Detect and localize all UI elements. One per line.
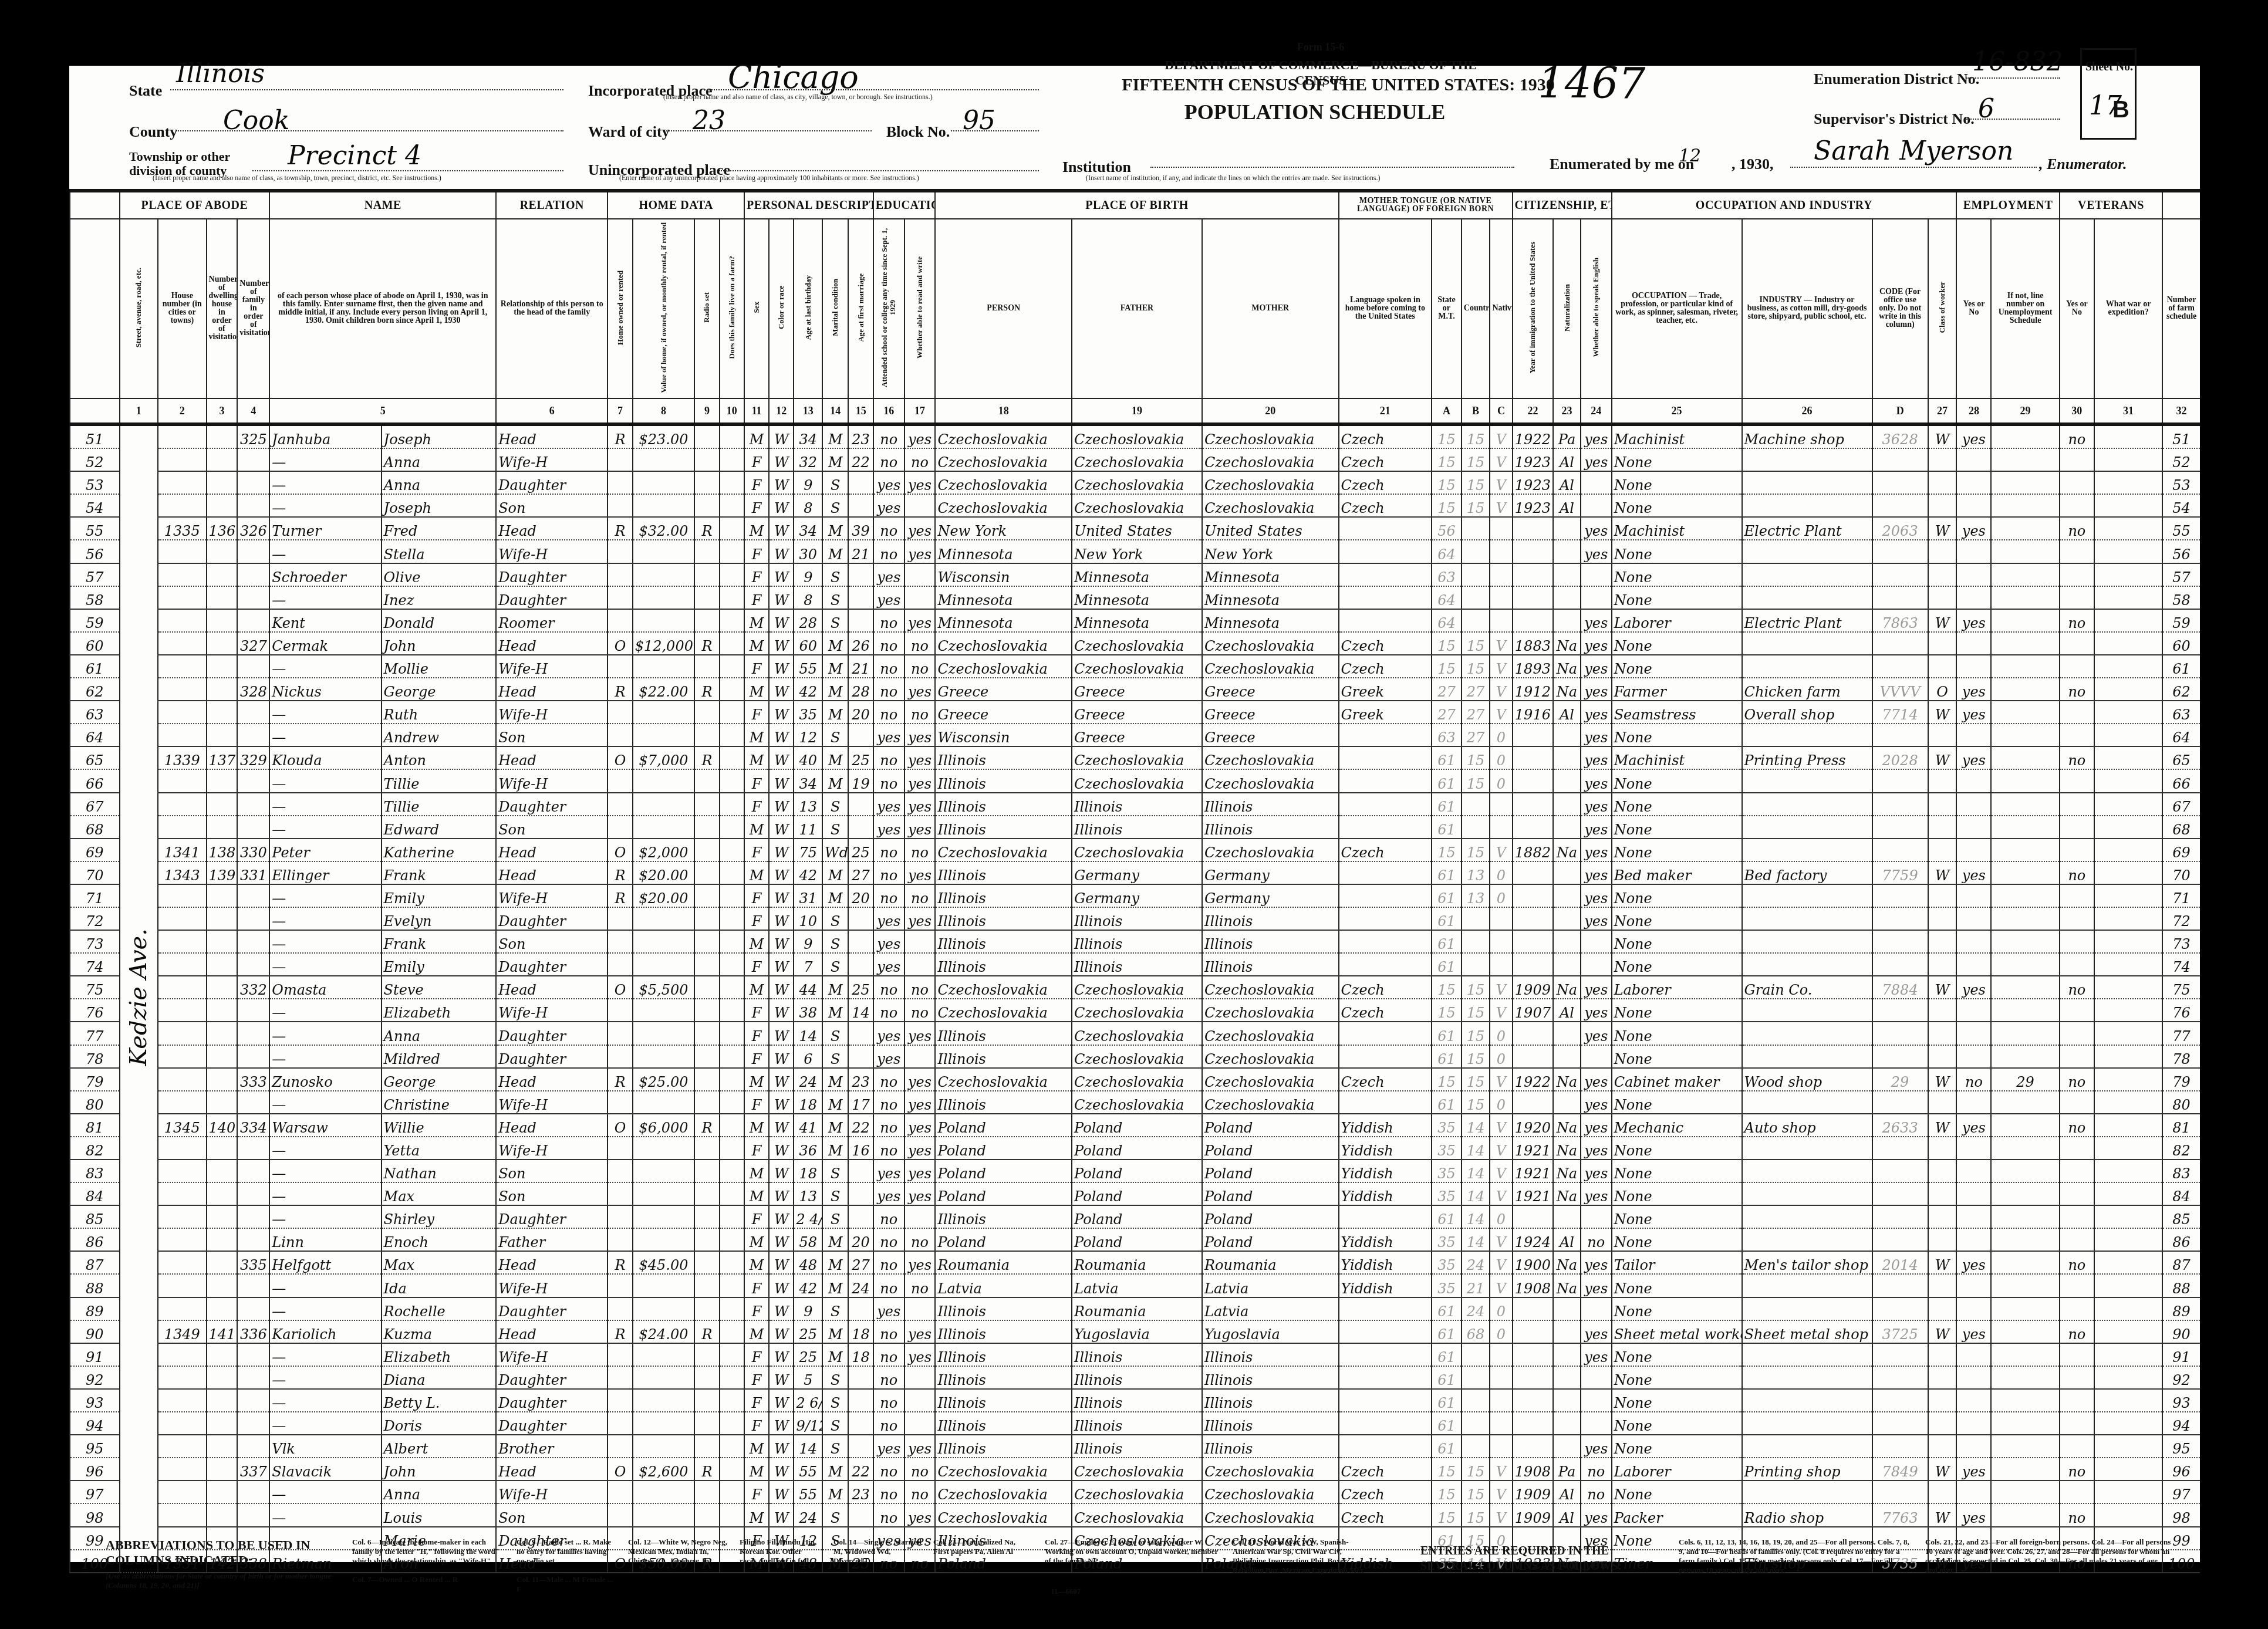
veteran-cell bbox=[2060, 1366, 2094, 1389]
veteran-cell: no bbox=[2060, 678, 2094, 701]
unemployment-line-cell bbox=[1991, 1251, 2059, 1274]
immigration-year-cell bbox=[1513, 1022, 1554, 1045]
unemployment-line-cell bbox=[1991, 1160, 2059, 1182]
birthplace-person-cell: Latvia bbox=[935, 1274, 1072, 1297]
industry-cell bbox=[1742, 1137, 1872, 1160]
school-cell: no bbox=[873, 701, 905, 724]
race-cell: W bbox=[769, 655, 794, 678]
class-worker-cell bbox=[1928, 540, 1957, 563]
age-marriage-cell bbox=[848, 1022, 873, 1045]
family-number-cell bbox=[237, 1412, 269, 1435]
war-cell bbox=[2094, 563, 2162, 586]
read-write-cell: yes bbox=[905, 861, 936, 884]
given-name-cell: George bbox=[382, 678, 497, 701]
family-number-cell: 326 bbox=[237, 517, 269, 540]
code-c-cell bbox=[1490, 1343, 1512, 1366]
code-a-cell: 61 bbox=[1432, 861, 1462, 884]
census-row: 98—LouisSonMW24SnoyesCzechoslovakiaCzech… bbox=[70, 1503, 2200, 1526]
age-marriage-cell: 26 bbox=[848, 632, 873, 655]
code-c-cell: V bbox=[1490, 1114, 1512, 1137]
immigration-year-cell bbox=[1513, 953, 1554, 976]
at-work-cell bbox=[1956, 839, 1991, 861]
birthplace-father-cell: Illinois bbox=[1072, 1366, 1202, 1389]
mother-tongue-cell bbox=[1339, 540, 1432, 563]
code-a-cell: 61 bbox=[1432, 1389, 1462, 1412]
home-value-cell: $6,000 bbox=[633, 1114, 695, 1137]
code-d-cell: 2633 bbox=[1872, 1114, 1928, 1137]
speaks-english-cell: yes bbox=[1581, 1343, 1612, 1366]
unemployment-line-cell bbox=[1991, 839, 2059, 861]
code-a-cell: 35 bbox=[1432, 1182, 1462, 1205]
birthplace-mother-cell: Czechoslovakia bbox=[1202, 471, 1339, 494]
industry-cell bbox=[1742, 769, 1872, 792]
war-cell bbox=[2094, 1297, 2162, 1320]
code-b-cell: 24 bbox=[1462, 1251, 1490, 1274]
sex-cell: M bbox=[744, 1228, 769, 1251]
farm-cell bbox=[720, 1205, 744, 1228]
speaks-english-cell: yes bbox=[1581, 907, 1612, 930]
naturalization-cell bbox=[1553, 1091, 1581, 1114]
sex-cell: M bbox=[744, 1251, 769, 1274]
immigration-year-cell: 1909 bbox=[1513, 976, 1554, 999]
township-value: Precinct 4 bbox=[288, 141, 421, 171]
radio-cell bbox=[694, 793, 719, 816]
relation-cell: Head bbox=[496, 839, 607, 861]
line-number: 64 bbox=[70, 724, 120, 746]
war-cell bbox=[2094, 839, 2162, 861]
marital-cell: M bbox=[822, 746, 848, 769]
surname-cell: — bbox=[269, 471, 381, 494]
home-value-cell bbox=[633, 1205, 695, 1228]
birthplace-mother-cell: Poland bbox=[1202, 1228, 1339, 1251]
at-work-cell: yes bbox=[1956, 1114, 1991, 1137]
code-c-cell: V bbox=[1490, 701, 1512, 724]
census-row: 53—AnnaDaughterFW9SyesyesCzechoslovakiaC… bbox=[70, 471, 2200, 494]
farm-cell bbox=[720, 471, 744, 494]
birthplace-father-cell: Czechoslovakia bbox=[1072, 1068, 1202, 1091]
ed-line bbox=[1966, 77, 2060, 79]
house-number-cell: 1335 bbox=[158, 517, 206, 540]
immigration-year-cell bbox=[1513, 517, 1554, 540]
mother-tongue-cell bbox=[1339, 1412, 1432, 1435]
census-row: 91—ElizabethWife-HFW25M18noyesIllinoisIl… bbox=[70, 1343, 2200, 1366]
war-cell bbox=[2094, 1320, 2162, 1343]
sheet-side: B bbox=[2112, 97, 2129, 123]
occupation-cell: None bbox=[1612, 839, 1742, 861]
race-cell: W bbox=[769, 540, 794, 563]
code-d-cell: VVVV bbox=[1872, 678, 1928, 701]
read-write-cell bbox=[905, 953, 936, 976]
speaks-english-cell: yes bbox=[1581, 839, 1612, 861]
birthplace-person-cell: Illinois bbox=[935, 1022, 1072, 1045]
line-number: 79 bbox=[70, 1068, 120, 1091]
school-cell: yes bbox=[873, 1297, 905, 1320]
header-veteran: Yes or No bbox=[2060, 219, 2094, 398]
radio-cell bbox=[694, 976, 719, 999]
industry-cell: Radio shop bbox=[1742, 1503, 1872, 1526]
age-cell: 13 bbox=[794, 1182, 822, 1205]
relation-cell: Head bbox=[496, 746, 607, 769]
age-marriage-cell bbox=[848, 586, 873, 609]
naturalization-cell: Na bbox=[1553, 1251, 1581, 1274]
mother-tongue-cell bbox=[1339, 724, 1432, 746]
class-worker-cell bbox=[1928, 471, 1957, 494]
unemployment-line-cell bbox=[1991, 746, 2059, 769]
industry-cell bbox=[1742, 724, 1872, 746]
occupation-cell: Farmer bbox=[1612, 678, 1742, 701]
code-a-cell: 64 bbox=[1432, 609, 1462, 632]
relation-cell: Brother bbox=[496, 1435, 607, 1458]
naturalization-cell bbox=[1553, 861, 1581, 884]
code-a-cell: 63 bbox=[1432, 563, 1462, 586]
veteran-cell bbox=[2060, 1022, 2094, 1045]
owned-rented-cell: R bbox=[607, 1251, 632, 1274]
surname-cell: Schroeder bbox=[269, 563, 381, 586]
home-value-cell bbox=[633, 1503, 695, 1526]
sex-cell: M bbox=[744, 1435, 769, 1458]
naturalization-cell bbox=[1553, 1412, 1581, 1435]
population-schedule-table: PLACE OF ABODE NAME RELATION HOME DATA P… bbox=[69, 189, 2200, 1573]
line-number: 88 bbox=[70, 1274, 120, 1297]
birthplace-person-cell: Illinois bbox=[935, 1343, 1072, 1366]
farm-schedule-cell: 92 bbox=[2162, 1366, 2200, 1389]
birthplace-person-cell: Illinois bbox=[935, 1320, 1072, 1343]
home-value-cell: $25.00 bbox=[633, 1068, 695, 1091]
owned-rented-cell: R bbox=[607, 1320, 632, 1343]
house-number-cell bbox=[158, 1068, 206, 1091]
line-number: 56 bbox=[70, 540, 120, 563]
code-b-cell bbox=[1462, 1435, 1490, 1458]
sex-cell: F bbox=[744, 793, 769, 816]
radio-cell bbox=[694, 655, 719, 678]
header-street: Street, avenue, road, etc. bbox=[120, 219, 158, 398]
birthplace-father-cell: Latvia bbox=[1072, 1274, 1202, 1297]
birthplace-mother-cell: Czechoslovakia bbox=[1202, 655, 1339, 678]
age-cell: 75 bbox=[794, 839, 822, 861]
veteran-cell bbox=[2060, 632, 2094, 655]
code-b-cell: 14 bbox=[1462, 1160, 1490, 1182]
relation-cell: Daughter bbox=[496, 1366, 607, 1389]
group-name: NAME bbox=[269, 192, 496, 219]
farm-schedule-cell: 54 bbox=[2162, 494, 2200, 517]
relation-cell: Head bbox=[496, 632, 607, 655]
speaks-english-cell: no bbox=[1581, 1228, 1612, 1251]
birthplace-mother-cell: Poland bbox=[1202, 1182, 1339, 1205]
column-number: 8 bbox=[633, 398, 695, 424]
family-number-cell bbox=[237, 769, 269, 792]
farm-cell bbox=[720, 907, 744, 930]
occupation-cell: None bbox=[1612, 471, 1742, 494]
code-d-cell: 7763 bbox=[1872, 1503, 1928, 1526]
school-cell: no bbox=[873, 540, 905, 563]
farm-cell bbox=[720, 632, 744, 655]
owned-rented-cell bbox=[607, 930, 632, 953]
family-number-cell: 335 bbox=[237, 1251, 269, 1274]
school-cell: yes bbox=[873, 586, 905, 609]
war-cell bbox=[2094, 1343, 2162, 1366]
immigration-year-cell bbox=[1513, 861, 1554, 884]
code-d-cell bbox=[1872, 1205, 1928, 1228]
speaks-english-cell: yes bbox=[1581, 884, 1612, 907]
mother-tongue-cell bbox=[1339, 1366, 1432, 1389]
owned-rented-cell: O bbox=[607, 976, 632, 999]
house-number-cell bbox=[158, 494, 206, 517]
relation-cell: Head bbox=[496, 1114, 607, 1137]
marital-cell: M bbox=[822, 1251, 848, 1274]
naturalization-cell bbox=[1553, 1297, 1581, 1320]
dwelling-number-cell bbox=[207, 816, 238, 839]
school-cell: no bbox=[873, 1228, 905, 1251]
relation-cell: Daughter bbox=[496, 1022, 607, 1045]
age-marriage-cell: 16 bbox=[848, 1137, 873, 1160]
farm-cell bbox=[720, 1182, 744, 1205]
line-number: 76 bbox=[70, 999, 120, 1022]
farm-cell bbox=[720, 1458, 744, 1481]
radio-cell: R bbox=[694, 517, 719, 540]
school-cell: yes bbox=[873, 953, 905, 976]
at-work-cell bbox=[1956, 655, 1991, 678]
family-number-cell bbox=[237, 701, 269, 724]
street-cell: Kedzie Ave. bbox=[120, 424, 158, 1573]
speaks-english-cell: yes bbox=[1581, 1022, 1612, 1045]
immigration-year-cell bbox=[1513, 563, 1554, 586]
unemployment-line-cell bbox=[1991, 471, 2059, 494]
birthplace-mother-cell: Czechoslovakia bbox=[1202, 448, 1339, 471]
farm-cell bbox=[720, 1251, 744, 1274]
marital-cell: S bbox=[822, 1160, 848, 1182]
at-work-cell: yes bbox=[1956, 976, 1991, 999]
veteran-cell bbox=[2060, 907, 2094, 930]
birthplace-mother-cell: Poland bbox=[1202, 1160, 1339, 1182]
code-b-cell: 15 bbox=[1462, 1481, 1490, 1503]
marital-cell: S bbox=[822, 471, 848, 494]
race-cell: W bbox=[769, 471, 794, 494]
house-number-cell bbox=[158, 1205, 206, 1228]
owned-rented-cell bbox=[607, 1137, 632, 1160]
code-c-cell: V bbox=[1490, 1274, 1512, 1297]
birthplace-father-cell: Illinois bbox=[1072, 1343, 1202, 1366]
race-cell: W bbox=[769, 1160, 794, 1182]
birthplace-person-cell: Wisconsin bbox=[935, 724, 1072, 746]
block-label: Block No. bbox=[886, 123, 950, 141]
relation-cell: Son bbox=[496, 494, 607, 517]
speaks-english-cell bbox=[1581, 494, 1612, 517]
war-cell bbox=[2094, 517, 2162, 540]
column-number-row: 123456789101112131415161718192021ABC2223… bbox=[70, 398, 2200, 424]
read-write-cell bbox=[905, 1389, 936, 1412]
col12b-note: Filipino Fil, Hindu Hin, Korean Kor. Oth… bbox=[740, 1537, 822, 1566]
veteran-cell bbox=[2060, 448, 2094, 471]
age-cell: 18 bbox=[794, 1091, 822, 1114]
industry-cell bbox=[1742, 471, 1872, 494]
census-row: 66—TillieWife-HFW34M19noyesIllinoisCzech… bbox=[70, 769, 2200, 792]
given-name-cell: Louis bbox=[382, 1503, 497, 1526]
header-house-number: House number (in cities or towns) bbox=[158, 219, 206, 398]
dwelling-number-cell bbox=[207, 424, 238, 448]
speaks-english-cell: yes bbox=[1581, 1435, 1612, 1458]
owned-rented-cell bbox=[607, 816, 632, 839]
incorporated-line bbox=[704, 89, 1039, 90]
speaks-english-cell bbox=[1581, 1205, 1612, 1228]
occupation-cell: None bbox=[1612, 1045, 1742, 1068]
census-row: 89—RochelleDaughterFW9SyesIllinoisRouman… bbox=[70, 1297, 2200, 1320]
census-row: 84—MaxSonMW13SyesyesPolandPolandPolandYi… bbox=[70, 1182, 2200, 1205]
column-number: 32 bbox=[2162, 398, 2200, 424]
read-write-cell: yes bbox=[905, 769, 936, 792]
farm-cell bbox=[720, 1137, 744, 1160]
given-name-cell: Emily bbox=[382, 953, 497, 976]
relation-cell: Daughter bbox=[496, 953, 607, 976]
line-number: 94 bbox=[70, 1412, 120, 1435]
unemployment-line-cell bbox=[1991, 907, 2059, 930]
code-c-cell: 0 bbox=[1490, 746, 1512, 769]
read-write-cell bbox=[905, 494, 936, 517]
naturalization-cell: Na bbox=[1553, 839, 1581, 861]
surname-cell: Cermak bbox=[269, 632, 381, 655]
veteran-cell bbox=[2060, 471, 2094, 494]
birthplace-person-cell: Wisconsin bbox=[935, 563, 1072, 586]
code-b-cell bbox=[1462, 1389, 1490, 1412]
at-work-cell bbox=[1956, 816, 1991, 839]
code-c-cell: V bbox=[1490, 1481, 1512, 1503]
census-row: 60327CermakJohnHeadO$12,000RMW60M26nonoC… bbox=[70, 632, 2200, 655]
header-industry: INDUSTRY — Industry or business, as cott… bbox=[1742, 219, 1872, 398]
birthplace-father-cell: Poland bbox=[1072, 1205, 1202, 1228]
occupation-cell: Machinist bbox=[1612, 517, 1742, 540]
surname-cell: — bbox=[269, 540, 381, 563]
read-write-cell: yes bbox=[905, 471, 936, 494]
enumerator-name: Sarah Myerson bbox=[1814, 136, 2013, 166]
house-number-cell bbox=[158, 655, 206, 678]
sex-cell: F bbox=[744, 586, 769, 609]
surname-cell: — bbox=[269, 930, 381, 953]
header-class-worker: Class of worker bbox=[1928, 219, 1957, 398]
school-cell: no bbox=[873, 1481, 905, 1503]
farm-schedule-cell: 78 bbox=[2162, 1045, 2200, 1068]
naturalization-cell bbox=[1553, 953, 1581, 976]
immigration-year-cell: 1907 bbox=[1513, 999, 1554, 1022]
veteran-cell bbox=[2060, 494, 2094, 517]
sex-cell: M bbox=[744, 1160, 769, 1182]
code-b-cell: 15 bbox=[1462, 1068, 1490, 1091]
township-line bbox=[252, 170, 563, 171]
dwelling-number-cell bbox=[207, 1068, 238, 1091]
header-marital: Marital condition bbox=[822, 219, 848, 398]
unemployment-line-cell bbox=[1991, 1297, 2059, 1320]
code-b-cell bbox=[1462, 816, 1490, 839]
line-number: 98 bbox=[70, 1503, 120, 1526]
family-number-cell bbox=[237, 586, 269, 609]
code-c-cell: 0 bbox=[1490, 1045, 1512, 1068]
birthplace-person-cell: Czechoslovakia bbox=[935, 494, 1072, 517]
farm-schedule-cell: 77 bbox=[2162, 1022, 2200, 1045]
family-number-cell: 337 bbox=[237, 1458, 269, 1481]
dwelling-number-cell bbox=[207, 907, 238, 930]
birthplace-mother-cell: Minnesota bbox=[1202, 609, 1339, 632]
state-line bbox=[170, 89, 563, 90]
farm-schedule-cell: 60 bbox=[2162, 632, 2200, 655]
class-worker-cell bbox=[1928, 655, 1957, 678]
home-value-cell bbox=[633, 1137, 695, 1160]
radio-cell bbox=[694, 586, 719, 609]
age-marriage-cell bbox=[848, 1182, 873, 1205]
given-name-cell: Evelyn bbox=[382, 907, 497, 930]
class-worker-cell bbox=[1928, 907, 1957, 930]
war-cell bbox=[2094, 1182, 2162, 1205]
birthplace-mother-cell: Czechoslovakia bbox=[1202, 424, 1339, 448]
home-value-cell: $20.00 bbox=[633, 884, 695, 907]
code-d-cell: 3725 bbox=[1872, 1320, 1928, 1343]
column-number: 6 bbox=[496, 398, 607, 424]
birthplace-person-cell: Illinois bbox=[935, 1389, 1072, 1412]
age-marriage-cell: 23 bbox=[848, 424, 873, 448]
birthplace-mother-cell: Illinois bbox=[1202, 1343, 1339, 1366]
code-a-cell: 61 bbox=[1432, 1045, 1462, 1068]
surname-cell: — bbox=[269, 1091, 381, 1114]
marital-cell: S bbox=[822, 1366, 848, 1389]
age-cell: 55 bbox=[794, 1481, 822, 1503]
surname-cell: — bbox=[269, 884, 381, 907]
family-number-cell bbox=[237, 1045, 269, 1068]
surname-cell: Turner bbox=[269, 517, 381, 540]
school-cell: yes bbox=[873, 1022, 905, 1045]
war-cell bbox=[2094, 701, 2162, 724]
home-value-cell bbox=[633, 1435, 695, 1458]
radio-cell bbox=[694, 1481, 719, 1503]
read-write-cell: yes bbox=[905, 1343, 936, 1366]
given-name-cell: Donald bbox=[382, 609, 497, 632]
school-cell: yes bbox=[873, 1182, 905, 1205]
code-b-cell: 15 bbox=[1462, 448, 1490, 471]
birthplace-father-cell: Greece bbox=[1072, 724, 1202, 746]
owned-rented-cell bbox=[607, 448, 632, 471]
birthplace-father-cell: Minnesota bbox=[1072, 586, 1202, 609]
occupation-cell: Mechanic bbox=[1612, 1114, 1742, 1137]
column-number: 11 bbox=[744, 398, 769, 424]
read-write-cell bbox=[905, 586, 936, 609]
veteran-cell: no bbox=[2060, 861, 2094, 884]
house-number-cell bbox=[158, 1091, 206, 1114]
entries-title: ENTRIES ARE REQUIRED IN THE SEVERAL COLU… bbox=[1420, 1543, 1655, 1574]
birthplace-person-cell: New York bbox=[935, 517, 1072, 540]
industry-cell bbox=[1742, 1274, 1872, 1297]
family-number-cell bbox=[237, 1297, 269, 1320]
immigration-year-cell bbox=[1513, 884, 1554, 907]
code-d-cell bbox=[1872, 1274, 1928, 1297]
column-number: 15 bbox=[848, 398, 873, 424]
farm-schedule-cell: 56 bbox=[2162, 540, 2200, 563]
occupation-cell: None bbox=[1612, 1297, 1742, 1320]
institution-hint: (Insert name of institution, if any, and… bbox=[1086, 174, 1380, 182]
given-name-cell: Frank bbox=[382, 930, 497, 953]
column-number: 24 bbox=[1581, 398, 1612, 424]
owned-rented-cell bbox=[607, 1205, 632, 1228]
home-value-cell bbox=[633, 494, 695, 517]
speaks-english-cell: yes bbox=[1581, 448, 1612, 471]
birthplace-mother-cell: Illinois bbox=[1202, 816, 1339, 839]
immigration-year-cell: 1923 bbox=[1513, 448, 1554, 471]
read-write-cell: yes bbox=[905, 678, 936, 701]
veteran-cell bbox=[2060, 1389, 2094, 1412]
farm-schedule-cell: 53 bbox=[2162, 471, 2200, 494]
class-worker-cell bbox=[1928, 1205, 1957, 1228]
read-write-cell: yes bbox=[905, 1503, 936, 1526]
war-cell bbox=[2094, 1045, 2162, 1068]
marital-cell: M bbox=[822, 976, 848, 999]
census-row: 79333ZunoskoGeorgeHeadR$25.00MW24M23noye… bbox=[70, 1068, 2200, 1091]
occupation-cell: None bbox=[1612, 1481, 1742, 1503]
naturalization-cell bbox=[1553, 563, 1581, 586]
